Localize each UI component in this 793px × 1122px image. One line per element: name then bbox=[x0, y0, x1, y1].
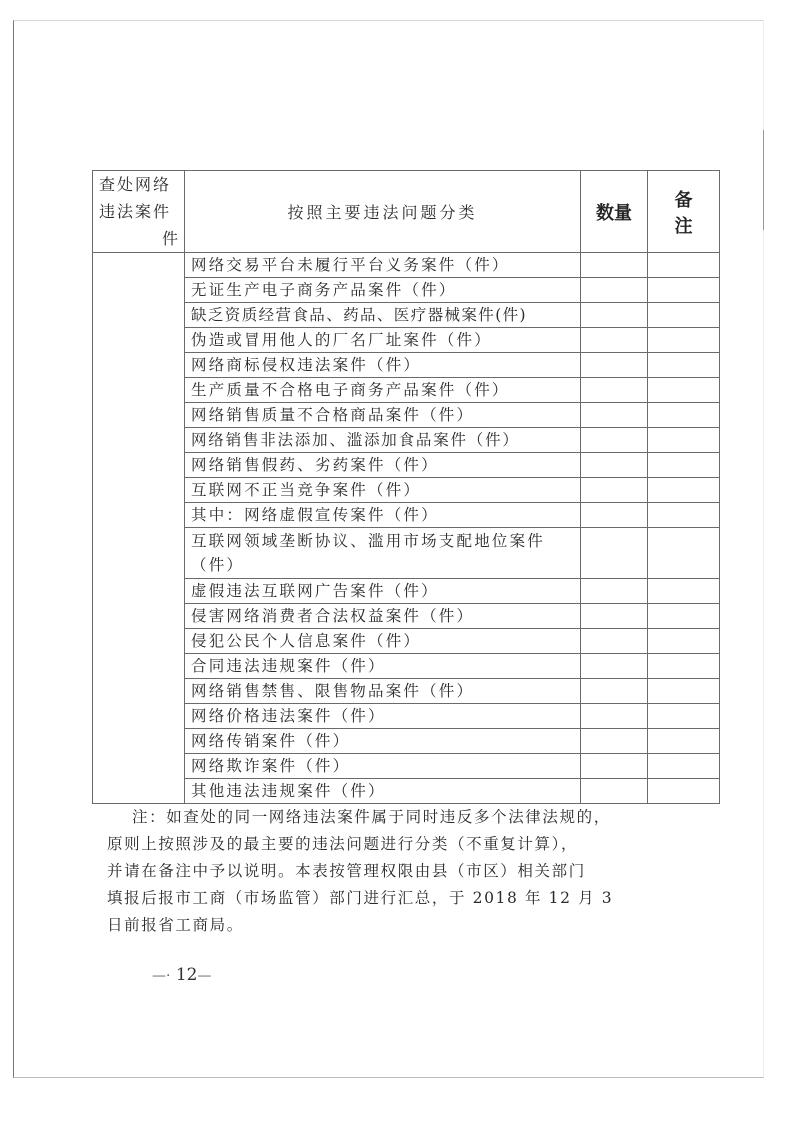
remarks-cell[interactable] bbox=[648, 403, 720, 428]
table-row: 网络传销案件（件） bbox=[93, 729, 720, 754]
case-statistics-table: 查处网络 违法案件 件 按照主要违法问题分类 数量 备 注 网络交易平台未履行平… bbox=[92, 170, 720, 804]
remarks-cell[interactable] bbox=[648, 353, 720, 378]
table-row: 网络欺诈案件（件） bbox=[93, 754, 720, 779]
quantity-cell[interactable] bbox=[581, 403, 648, 428]
category-cell: 网络销售非法添加、滥添加食品案件（件） bbox=[185, 428, 581, 453]
quantity-cell[interactable] bbox=[581, 378, 648, 403]
remarks-cell[interactable] bbox=[648, 528, 720, 579]
quantity-cell[interactable] bbox=[581, 253, 648, 278]
header-cases-line-3: 件 bbox=[99, 225, 180, 252]
category-cell: 侵犯公民个人信息案件（件） bbox=[185, 629, 581, 654]
footnote-line: 日前报省工商局。 bbox=[107, 912, 712, 939]
remarks-cell[interactable] bbox=[648, 629, 720, 654]
category-cell: 伪造或冒用他人的厂名厂址案件（件） bbox=[185, 328, 581, 353]
remarks-cell[interactable] bbox=[648, 579, 720, 604]
quantity-cell[interactable] bbox=[581, 353, 648, 378]
header-cases-handled: 查处网络 违法案件 件 bbox=[93, 171, 185, 253]
table-row: 虚假违法互联网广告案件（件） bbox=[93, 579, 720, 604]
table-row: 网络销售非法添加、滥添加食品案件（件） bbox=[93, 428, 720, 453]
remarks-cell[interactable] bbox=[648, 253, 720, 278]
footnote-line: 并请在备注中予以说明。本表按管理权限由县（市区）相关部门 bbox=[107, 858, 712, 885]
category-cell: 互联网不正当竞争案件（件） bbox=[185, 478, 581, 503]
footnote-line: 原则上按照涉及的最主要的违法问题进行分类（不重复计算）， bbox=[107, 831, 712, 858]
table-row: 生产质量不合格电子商务产品案件（件） bbox=[93, 378, 720, 403]
category-cell: 生产质量不合格电子商务产品案件（件） bbox=[185, 378, 581, 403]
quantity-cell[interactable] bbox=[581, 754, 648, 779]
remarks-cell[interactable] bbox=[648, 729, 720, 754]
category-cell: 其他违法违规案件（件） bbox=[185, 779, 581, 804]
remarks-cell[interactable] bbox=[648, 453, 720, 478]
category-cell: 其中：网络虚假宣传案件（件） bbox=[185, 503, 581, 528]
table-row: 其中：网络虚假宣传案件（件） bbox=[93, 503, 720, 528]
remarks-cell[interactable] bbox=[648, 378, 720, 403]
quantity-cell[interactable] bbox=[581, 428, 648, 453]
quantity-cell[interactable] bbox=[581, 629, 648, 654]
quantity-cell[interactable] bbox=[581, 704, 648, 729]
table-row: 伪造或冒用他人的厂名厂址案件（件） bbox=[93, 328, 720, 353]
table-header-row: 查处网络 违法案件 件 按照主要违法问题分类 数量 备 注 bbox=[93, 171, 720, 253]
quantity-cell[interactable] bbox=[581, 579, 648, 604]
category-cell: 缺乏资质经营食品、药品、医疗器械案件(件) bbox=[185, 303, 581, 328]
footnote-line: 填报后报市工商（市场监管）部门进行汇总，于 2018 年 12 月 3 bbox=[107, 885, 712, 912]
remarks-cell[interactable] bbox=[648, 754, 720, 779]
page-number: —· 12— bbox=[152, 965, 212, 985]
table-row: 无证生产电子商务产品案件（件） bbox=[93, 278, 720, 303]
cases-merged-cell[interactable] bbox=[93, 253, 185, 804]
header-category: 按照主要违法问题分类 bbox=[185, 171, 581, 253]
quantity-cell[interactable] bbox=[581, 654, 648, 679]
table-row: 侵害网络消费者合法权益案件（件） bbox=[93, 604, 720, 629]
table-row: 互联网不正当竞争案件（件） bbox=[93, 478, 720, 503]
quantity-cell[interactable] bbox=[581, 729, 648, 754]
quantity-cell[interactable] bbox=[581, 503, 648, 528]
remarks-cell[interactable] bbox=[648, 779, 720, 804]
table-row: 其他违法违规案件（件） bbox=[93, 779, 720, 804]
category-cell: 网络交易平台未履行平台义务案件（件） bbox=[185, 253, 581, 278]
remarks-cell[interactable] bbox=[648, 503, 720, 528]
table-row: 缺乏资质经营食品、药品、医疗器械案件(件) bbox=[93, 303, 720, 328]
header-cases-line-1: 查处网络 bbox=[99, 171, 180, 198]
footnote: 注：如查处的同一网络违法案件属于同时违反多个法律法规的， 原则上按照涉及的最主要… bbox=[132, 804, 712, 939]
category-cell: 网络销售禁售、限售物品案件（件） bbox=[185, 679, 581, 704]
table-row: 网络价格违法案件（件） bbox=[93, 704, 720, 729]
category-cell: 无证生产电子商务产品案件（件） bbox=[185, 278, 581, 303]
page-number-left-dash: —· bbox=[152, 968, 170, 984]
table-row: 互联网领域垄断协议、滥用市场支配地位案件（件） bbox=[93, 528, 720, 579]
category-cell: 网络传销案件（件） bbox=[185, 729, 581, 754]
remarks-cell[interactable] bbox=[648, 428, 720, 453]
header-cases-line-2: 违法案件 bbox=[99, 198, 180, 225]
quantity-cell[interactable] bbox=[581, 453, 648, 478]
remarks-cell[interactable] bbox=[648, 679, 720, 704]
quantity-cell[interactable] bbox=[581, 604, 648, 629]
remarks-cell[interactable] bbox=[648, 604, 720, 629]
table-row: 网络商标侵权违法案件（件） bbox=[93, 353, 720, 378]
category-cell: 虚假违法互联网广告案件（件） bbox=[185, 579, 581, 604]
remarks-cell[interactable] bbox=[648, 654, 720, 679]
quantity-cell[interactable] bbox=[581, 779, 648, 804]
category-cell: 网络销售质量不合格商品案件（件） bbox=[185, 403, 581, 428]
remarks-cell[interactable] bbox=[648, 278, 720, 303]
table-row: 网络销售质量不合格商品案件（件） bbox=[93, 403, 720, 428]
quantity-cell[interactable] bbox=[581, 303, 648, 328]
table-row: 侵犯公民个人信息案件（件） bbox=[93, 629, 720, 654]
category-cell: 合同违法违规案件（件） bbox=[185, 654, 581, 679]
table-row: 网络销售假药、劣药案件（件） bbox=[93, 453, 720, 478]
quantity-cell[interactable] bbox=[581, 478, 648, 503]
header-remarks: 备 注 bbox=[648, 171, 720, 253]
quantity-cell[interactable] bbox=[581, 328, 648, 353]
category-cell: 网络商标侵权违法案件（件） bbox=[185, 353, 581, 378]
quantity-cell[interactable] bbox=[581, 679, 648, 704]
remarks-cell[interactable] bbox=[648, 303, 720, 328]
footnote-line: 注：如查处的同一网络违法案件属于同时违反多个法律法规的， bbox=[132, 804, 712, 831]
table-row: 合同违法违规案件（件） bbox=[93, 654, 720, 679]
page-number-right-dash: — bbox=[198, 968, 212, 984]
table-row: 网络交易平台未履行平台义务案件（件） bbox=[93, 253, 720, 278]
remarks-cell[interactable] bbox=[648, 328, 720, 353]
category-cell: 网络价格违法案件（件） bbox=[185, 704, 581, 729]
header-quantity: 数量 bbox=[581, 171, 648, 253]
table-row: 网络销售禁售、限售物品案件（件） bbox=[93, 679, 720, 704]
remarks-cell[interactable] bbox=[648, 704, 720, 729]
category-cell: 网络欺诈案件（件） bbox=[185, 754, 581, 779]
category-cell: 侵害网络消费者合法权益案件（件） bbox=[185, 604, 581, 629]
category-cell: 网络销售假药、劣药案件（件） bbox=[185, 453, 581, 478]
remarks-cell[interactable] bbox=[648, 478, 720, 503]
scan-edge bbox=[763, 130, 764, 230]
quantity-cell[interactable] bbox=[581, 528, 648, 579]
quantity-cell[interactable] bbox=[581, 278, 648, 303]
category-cell: 互联网领域垄断协议、滥用市场支配地位案件（件） bbox=[185, 528, 581, 579]
page-number-value: 12 bbox=[176, 965, 198, 985]
